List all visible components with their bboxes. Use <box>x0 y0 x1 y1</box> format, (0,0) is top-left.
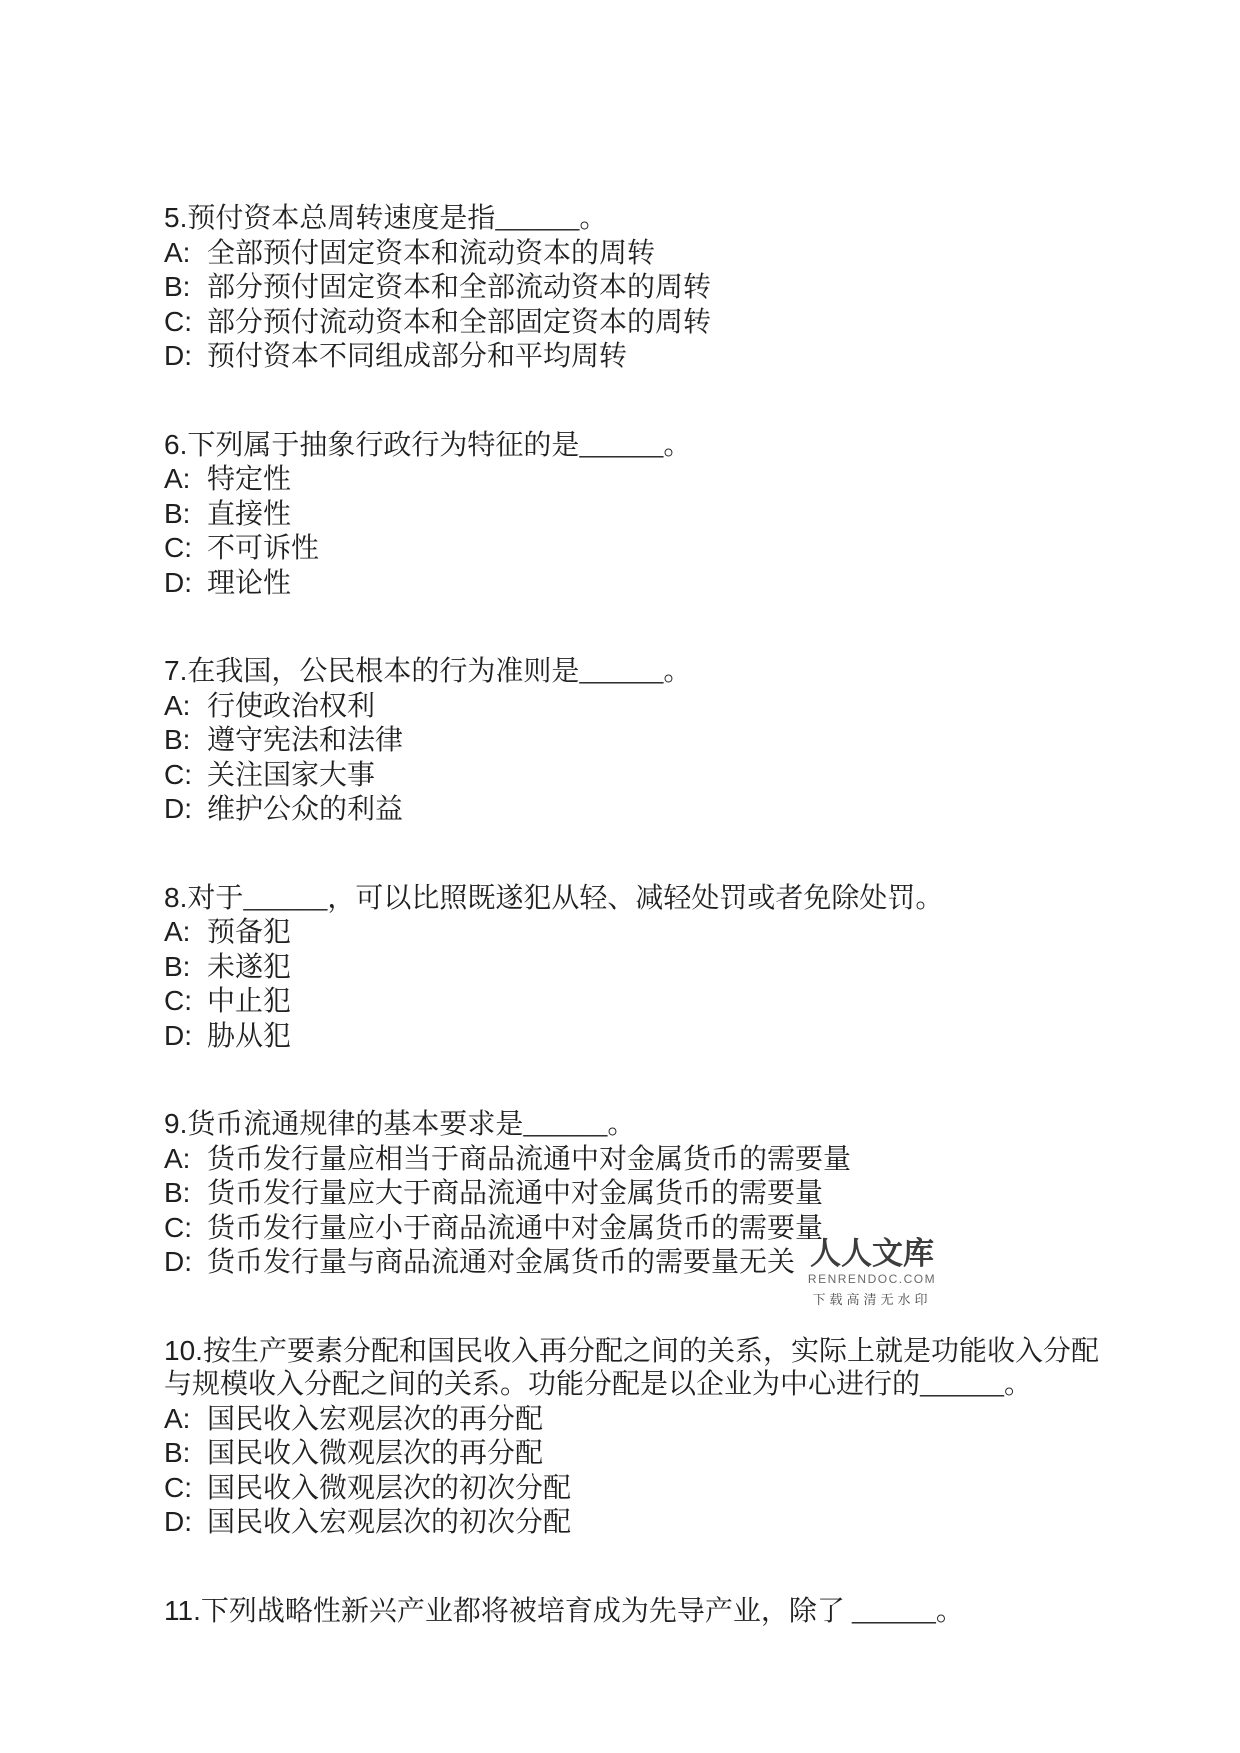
option-label: B: <box>164 950 207 984</box>
question-text: 预付资本总周转速度是指______。 <box>187 203 607 234</box>
option-text: 特定性 <box>207 464 291 495</box>
option-label: D: <box>164 1019 207 1053</box>
option-text: 预备犯 <box>207 917 291 948</box>
option-row: A:全部预付固定资本和流动资本的周转 <box>164 236 1104 271</box>
question-block: 8.对于______，可以比照既遂犯从轻、减轻处罚或者免除处罚。 A:预备犯 B… <box>164 881 1104 1054</box>
option-text: 国民收入微观层次的初次分配 <box>207 1473 571 1504</box>
question-block: 9.货币流通规律的基本要求是______。 A:货币发行量应相当于商品流通中对金… <box>164 1107 1104 1280</box>
question-number: 8. <box>164 882 187 913</box>
question-block: 7.在我国，公民根本的行为准则是______。 A:行使政治权利 B:遵守宪法和… <box>164 654 1104 827</box>
option-row: B:未遂犯 <box>164 950 1104 985</box>
option-text: 关注国家大事 <box>207 760 375 791</box>
option-row: B:部分预付固定资本和全部流动资本的周转 <box>164 270 1104 305</box>
option-row: A:行使政治权利 <box>164 689 1104 724</box>
option-label: B: <box>164 1176 207 1210</box>
option-text: 国民收入宏观层次的再分配 <box>207 1404 543 1435</box>
option-text: 直接性 <box>207 499 291 530</box>
option-label: C: <box>164 1211 207 1245</box>
option-label: B: <box>164 270 207 304</box>
option-text: 部分预付流动资本和全部固定资本的周转 <box>207 307 711 338</box>
question-title: 7.在我国，公民根本的行为准则是______。 <box>164 654 1104 689</box>
question-text: 按生产要素分配和国民收入再分配之间的关系，实际上就是功能收入分配与规模收入分配之… <box>164 1336 1099 1401</box>
question-number: 9. <box>164 1108 187 1139</box>
renrendoc-watermark: 人人文库 RENRENDOC.COM 下载高清无水印 <box>806 1238 938 1308</box>
question-block: 10.按生产要素分配和国民收入再分配之间的关系，实际上就是功能收入分配与规模收入… <box>164 1334 1104 1540</box>
option-label: A: <box>164 236 207 270</box>
question-text: 对于______，可以比照既遂犯从轻、减轻处罚或者免除处罚。 <box>187 883 943 914</box>
option-text: 胁从犯 <box>207 1021 291 1052</box>
option-text: 国民收入微观层次的再分配 <box>207 1438 543 1469</box>
option-label: D: <box>164 1505 207 1539</box>
option-label: D: <box>164 339 207 373</box>
question-title: 11.下列战略性新兴产业都将被培育成为先导产业，除了 ______。 <box>164 1594 1104 1629</box>
option-row: C:国民收入微观层次的初次分配 <box>164 1471 1104 1506</box>
option-label: B: <box>164 723 207 757</box>
option-text: 未遂犯 <box>207 952 291 983</box>
question-block: 6.下列属于抽象行政行为特征的是______。 A:特定性 B:直接性 C:不可… <box>164 428 1104 601</box>
option-label: C: <box>164 1471 207 1505</box>
option-label: B: <box>164 1436 207 1470</box>
question-number: 11. <box>164 1595 201 1626</box>
question-block: 11.下列战略性新兴产业都将被培育成为先导产业，除了 ______。 <box>164 1594 1104 1629</box>
question-block: 5.预付资本总周转速度是指______。 A:全部预付固定资本和流动资本的周转 … <box>164 201 1104 374</box>
option-label: C: <box>164 984 207 1018</box>
option-row: B:直接性 <box>164 497 1104 532</box>
option-label: A: <box>164 915 207 949</box>
question-text: 下列属于抽象行政行为特征的是______。 <box>187 430 691 461</box>
option-text: 全部预付固定资本和流动资本的周转 <box>207 238 655 269</box>
question-title: 5.预付资本总周转速度是指______。 <box>164 201 1104 236</box>
option-text: 货币发行量应相当于商品流通中对金属货币的需要量 <box>207 1144 851 1175</box>
question-title: 8.对于______，可以比照既遂犯从轻、减轻处罚或者免除处罚。 <box>164 881 1104 916</box>
option-text: 货币发行量应小于商品流通中对金属货币的需要量 <box>207 1213 823 1244</box>
option-row: D:理论性 <box>164 566 1104 601</box>
option-row: C:中止犯 <box>164 984 1104 1019</box>
option-row: A:货币发行量应相当于商品流通中对金属货币的需要量 <box>164 1142 1104 1177</box>
option-row: B:国民收入微观层次的再分配 <box>164 1436 1104 1471</box>
option-label: B: <box>164 497 207 531</box>
option-text: 部分预付固定资本和全部流动资本的周转 <box>207 272 711 303</box>
option-text: 国民收入宏观层次的初次分配 <box>207 1507 571 1538</box>
option-label: D: <box>164 792 207 826</box>
option-text: 理论性 <box>207 568 291 599</box>
question-title: 6.下列属于抽象行政行为特征的是______。 <box>164 428 1104 463</box>
option-label: D: <box>164 1245 207 1279</box>
question-text: 下列战略性新兴产业都将被培育成为先导产业，除了 ______。 <box>201 1596 964 1627</box>
option-row: C:关注国家大事 <box>164 758 1104 793</box>
option-row: C:不可诉性 <box>164 531 1104 566</box>
option-label: A: <box>164 462 207 496</box>
option-row: D:预付资本不同组成部分和平均周转 <box>164 339 1104 374</box>
option-row: D:胁从犯 <box>164 1019 1104 1054</box>
option-label: A: <box>164 1142 207 1176</box>
option-text: 货币发行量应大于商品流通中对金属货币的需要量 <box>207 1178 823 1209</box>
question-number: 5. <box>164 202 187 233</box>
option-text: 中止犯 <box>207 986 291 1017</box>
option-text: 维护公众的利益 <box>207 794 403 825</box>
option-text: 遵守宪法和法律 <box>207 725 403 756</box>
option-text: 不可诉性 <box>207 533 319 564</box>
question-number: 6. <box>164 429 187 460</box>
option-row: B:货币发行量应大于商品流通中对金属货币的需要量 <box>164 1176 1104 1211</box>
question-text: 货币流通规律的基本要求是______。 <box>187 1109 635 1140</box>
option-row: D:货币发行量与商品流通对金属货币的需要量无关 <box>164 1245 1104 1280</box>
option-label: C: <box>164 531 207 565</box>
option-row: D:国民收入宏观层次的初次分配 <box>164 1505 1104 1540</box>
option-label: C: <box>164 305 207 339</box>
option-label: D: <box>164 566 207 600</box>
question-title: 9.货币流通规律的基本要求是______。 <box>164 1107 1104 1142</box>
option-row: A:预备犯 <box>164 915 1104 950</box>
question-number: 10. <box>164 1335 203 1366</box>
question-number: 7. <box>164 655 187 686</box>
document-page: 5.预付资本总周转速度是指______。 A:全部预付固定资本和流动资本的周转 … <box>0 0 1240 1753</box>
option-row: A:国民收入宏观层次的再分配 <box>164 1402 1104 1437</box>
watermark-title: 人人文库 <box>806 1238 938 1269</box>
option-row: D:维护公众的利益 <box>164 792 1104 827</box>
option-label: A: <box>164 689 207 723</box>
option-row: A:特定性 <box>164 462 1104 497</box>
option-label: C: <box>164 758 207 792</box>
option-text: 行使政治权利 <box>207 691 375 722</box>
watermark-domain: RENRENDOC.COM <box>806 1272 938 1286</box>
option-text: 货币发行量与商品流通对金属货币的需要量无关 <box>207 1247 795 1278</box>
option-row: B:遵守宪法和法律 <box>164 723 1104 758</box>
option-text: 预付资本不同组成部分和平均周转 <box>207 341 627 372</box>
question-text: 在我国，公民根本的行为准则是______。 <box>187 656 691 687</box>
watermark-tagline: 下载高清无水印 <box>806 1289 938 1308</box>
option-row: C:部分预付流动资本和全部固定资本的周转 <box>164 305 1104 340</box>
question-title: 10.按生产要素分配和国民收入再分配之间的关系，实际上就是功能收入分配与规模收入… <box>164 1334 1104 1402</box>
option-row: C:货币发行量应小于商品流通中对金属货币的需要量 <box>164 1211 1104 1246</box>
option-label: A: <box>164 1402 207 1436</box>
